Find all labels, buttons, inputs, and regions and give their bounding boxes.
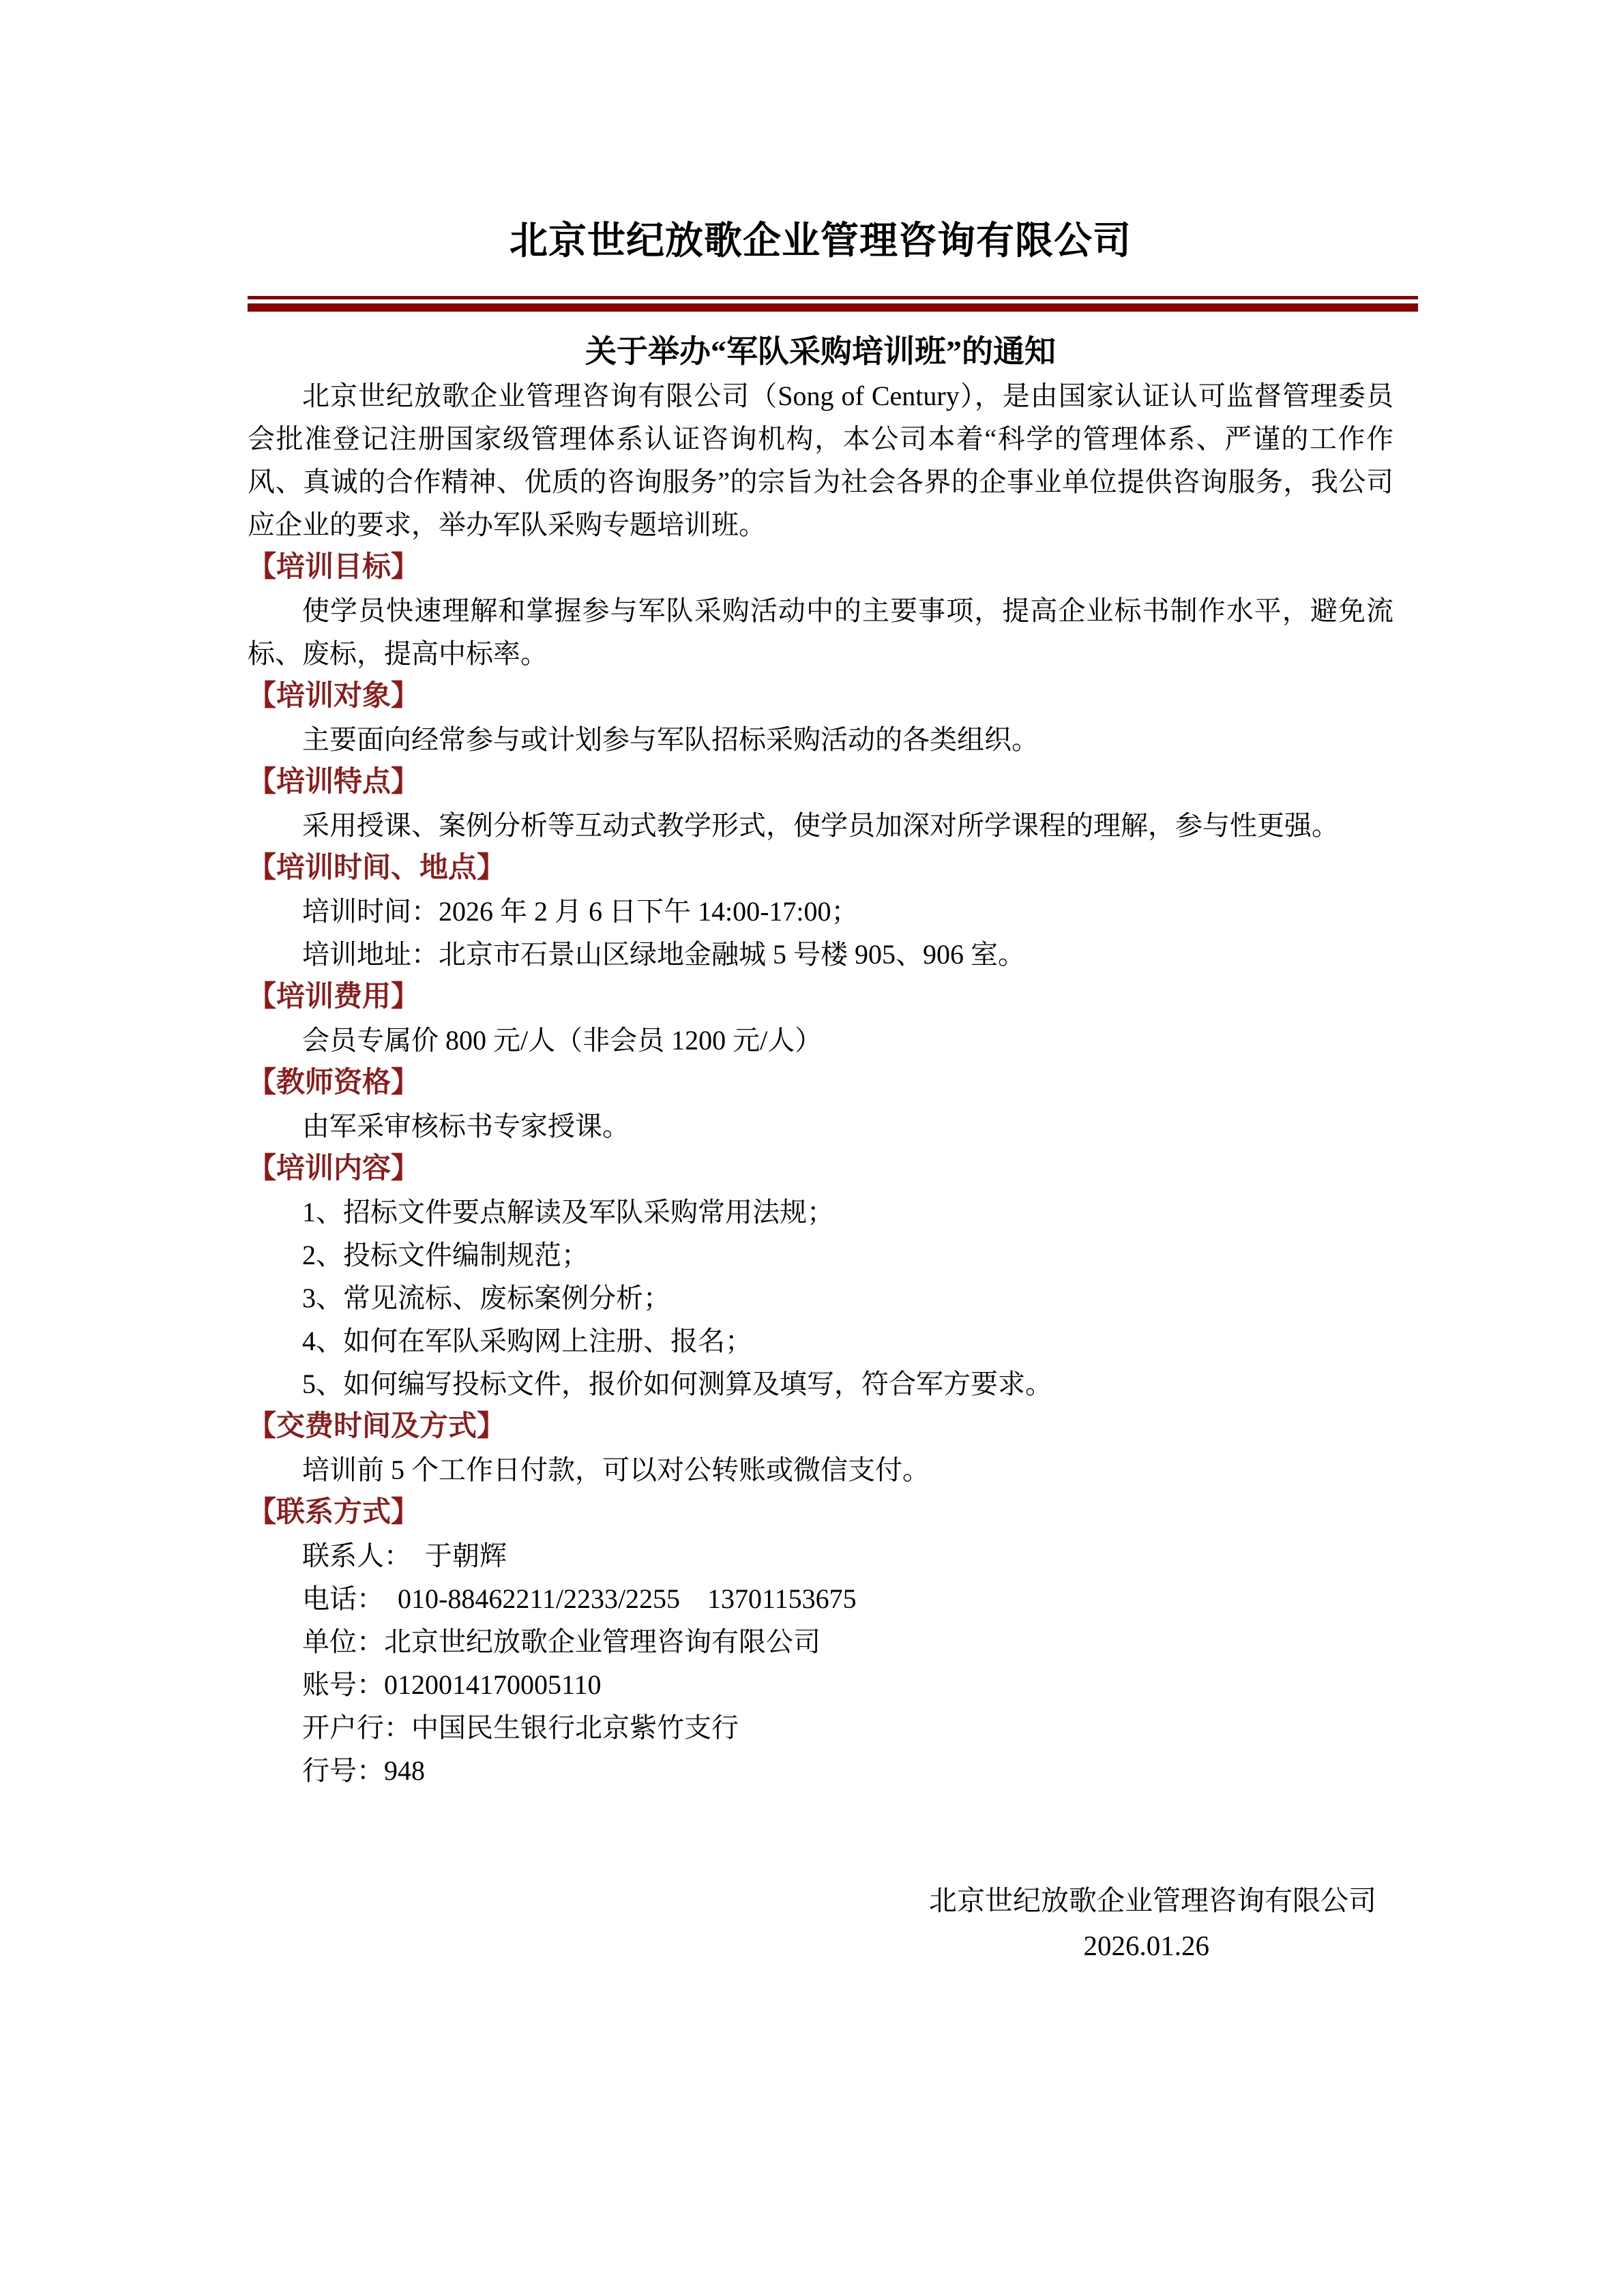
- document-body: 北京世纪放歌企业管理咨询有限公司 关于举办“军队采购培训班”的通知 北京世纪放歌…: [248, 217, 1393, 1968]
- section-header-training-content: 【培训内容】: [248, 1148, 1393, 1191]
- signature-block: 北京世纪放歌企业管理咨询有限公司 2026.01.26: [248, 1878, 1393, 1968]
- intro-paragraph: 北京世纪放歌企业管理咨询有限公司（Song of Century），是由国家认证…: [248, 374, 1393, 546]
- content-item-1: 1、招标文件要点解读及军队采购常用法规；: [248, 1191, 1393, 1234]
- content-item-5: 5、如何编写投标文件，报价如何测算及填写，符合军方要求。: [248, 1362, 1393, 1405]
- section-training-goal: 【培训目标】 使学员快速理解和掌握参与军队采购活动中的主要事项，提高企业标书制作…: [248, 546, 1393, 675]
- page-title: 北京世纪放歌企业管理咨询有限公司: [248, 217, 1393, 266]
- section-header-time-place: 【培训时间、地点】: [248, 847, 1393, 890]
- training-time-line: 培训时间：2026 年 2 月 6 日下午 14:00-17:00；: [248, 890, 1393, 933]
- payment-line: 培训前 5 个工作日付款，可以对公转账或微信支付。: [248, 1448, 1393, 1491]
- section-header-training-goal: 【培训目标】: [248, 546, 1393, 589]
- section-header-training-audience: 【培训对象】: [248, 675, 1393, 718]
- contact-bank-code-line: 行号：948: [248, 1749, 1393, 1792]
- training-address-line: 培训地址：北京市石景山区绿地金融城 5 号楼 905、906 室。: [248, 933, 1393, 976]
- section-header-training-features: 【培训特点】: [248, 761, 1393, 804]
- section-teacher-qualification: 【教师资格】 由军采审核标书专家授课。: [248, 1062, 1393, 1148]
- section-time-place: 【培训时间、地点】 培训时间：2026 年 2 月 6 日下午 14:00-17…: [248, 847, 1393, 976]
- content-item-3: 3、常见流标、废标案例分析；: [248, 1277, 1393, 1320]
- section-header-training-fee: 【培训费用】: [248, 976, 1393, 1019]
- training-fee-line: 会员专属价 800 元/人（非会员 1200 元/人）: [248, 1019, 1393, 1062]
- teacher-qualification-line: 由军采审核标书专家授课。: [248, 1105, 1393, 1148]
- title-divider: [248, 296, 1418, 312]
- contact-phone-line: 电话： 010-88462211/2233/2255 13701153675: [248, 1577, 1393, 1620]
- content-item-4: 4、如何在军队采购网上注册、报名；: [248, 1320, 1393, 1362]
- section-contact: 【联系方式】 联系人： 于朝辉 电话： 010-88462211/2233/22…: [248, 1491, 1393, 1792]
- section-training-audience: 【培训对象】 主要面向经常参与或计划参与军队招标采购活动的各类组织。: [248, 675, 1393, 761]
- contact-unit-line: 单位：北京世纪放歌企业管理咨询有限公司: [248, 1620, 1393, 1663]
- section-training-content: 【培训内容】 1、招标文件要点解读及军队采购常用法规； 2、投标文件编制规范； …: [248, 1148, 1393, 1405]
- notice-title: 关于举办“军队采购培训班”的通知: [248, 329, 1393, 374]
- section-header-teacher-qualification: 【教师资格】: [248, 1062, 1393, 1105]
- signature-company: 北京世纪放歌企业管理咨询有限公司: [248, 1878, 1393, 1923]
- contact-person-line: 联系人： 于朝辉: [248, 1534, 1393, 1577]
- section-body-training-goal: 使学员快速理解和掌握参与军队采购活动中的主要事项，提高企业标书制作水平，避免流标…: [248, 589, 1393, 675]
- signature-date: 2026.01.26: [248, 1923, 1393, 1968]
- divider-thick-line: [248, 303, 1418, 312]
- contact-bank-line: 开户行：中国民生银行北京紫竹支行: [248, 1706, 1393, 1749]
- section-body-training-features: 采用授课、案例分析等互动式教学形式，使学员加深对所学课程的理解，参与性更强。: [248, 804, 1393, 847]
- section-training-features: 【培训特点】 采用授课、案例分析等互动式教学形式，使学员加深对所学课程的理解，参…: [248, 761, 1393, 847]
- section-body-training-audience: 主要面向经常参与或计划参与军队招标采购活动的各类组织。: [248, 718, 1393, 761]
- section-header-payment: 【交费时间及方式】: [248, 1405, 1393, 1448]
- section-payment: 【交费时间及方式】 培训前 5 个工作日付款，可以对公转账或微信支付。: [248, 1405, 1393, 1491]
- content-item-2: 2、投标文件编制规范；: [248, 1234, 1393, 1277]
- contact-account-line: 账号：0120014170005110: [248, 1663, 1393, 1706]
- section-header-contact: 【联系方式】: [248, 1491, 1393, 1534]
- section-training-fee: 【培训费用】 会员专属价 800 元/人（非会员 1200 元/人）: [248, 976, 1393, 1062]
